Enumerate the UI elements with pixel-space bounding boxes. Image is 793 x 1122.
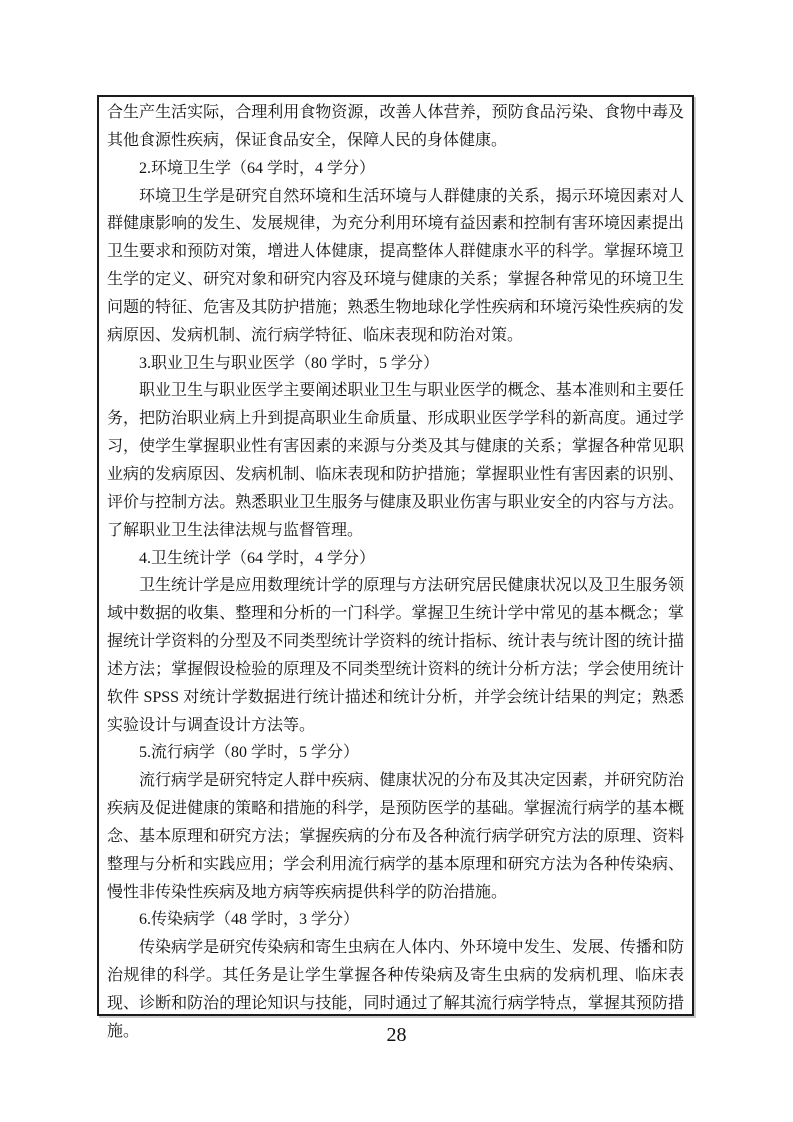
course-paragraph-health-statistics: 卫生统计学是应用数理统计学的原理与方法研究居民健康状况以及卫生服务领域中数据的收… bbox=[107, 572, 684, 739]
course-paragraph-epidemiology: 流行病学是研究特定人群中疾病、健康状况的分布及其决定因素，并研究防治疾病及促进健… bbox=[107, 767, 684, 906]
page-number: 28 bbox=[0, 1024, 793, 1047]
content-border-box: 合生产生活实际，合理利用食物资源，改善人体营养，预防食品污染、食物中毒及其他食源… bbox=[97, 95, 694, 1016]
course-heading-epidemiology: 5.流行病学（80 学时，5 学分） bbox=[107, 739, 684, 767]
course-paragraph-occupational-health: 职业卫生与职业医学主要阐述职业卫生与职业医学的概念、基本准则和主要任务，把防治职… bbox=[107, 377, 684, 544]
course-heading-environmental-hygiene: 2.环境卫生学（64 学时，4 学分） bbox=[107, 155, 684, 183]
course-heading-occupational-health: 3.职业卫生与职业医学（80 学时，5 学分） bbox=[107, 350, 684, 378]
course-heading-infectious-diseases: 6.传染病学（48 学时，3 学分） bbox=[107, 906, 684, 934]
document-page: 合生产生活实际，合理利用食物资源，改善人体营养，预防食品污染、食物中毒及其他食源… bbox=[0, 0, 793, 1122]
course-paragraph-environmental-hygiene: 环境卫生学是研究自然环境和生活环境与人群健康的关系，揭示环境因素对人群健康影响的… bbox=[107, 183, 684, 350]
course-heading-health-statistics: 4.卫生统计学（64 学时，4 学分） bbox=[107, 545, 684, 573]
body-paragraph-continuation: 合生产生活实际，合理利用食物资源，改善人体营养，预防食品污染、食物中毒及其他食源… bbox=[107, 99, 684, 155]
